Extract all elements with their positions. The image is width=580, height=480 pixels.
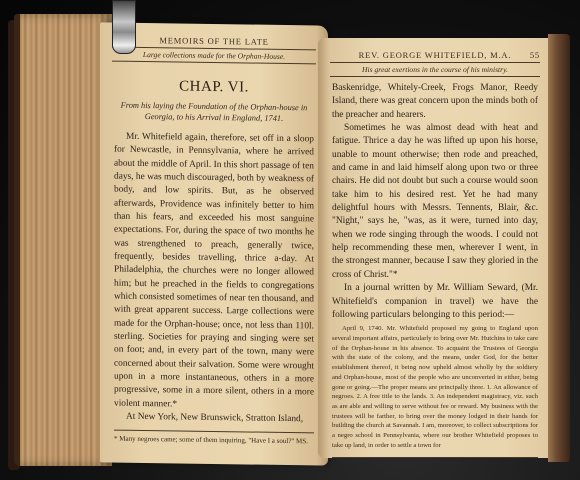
silver-bookmark-clip bbox=[112, 0, 136, 54]
left-paragraph-1: Mr. Whitefield again, therefore, set off… bbox=[114, 130, 314, 413]
chapter-subtitle: From his laying the Foundation of the Or… bbox=[114, 101, 314, 126]
right-page: REV. GEORGE WHITEFIELD, M.A. 55 His grea… bbox=[318, 38, 552, 458]
right-paragraph-1: Baskenridge, Whitely-Creek, Frogs Manor,… bbox=[332, 82, 538, 122]
journal-extract-block: April 9, 1740. Mr. Whitefield proposed m… bbox=[332, 324, 538, 450]
left-footnote-rule bbox=[114, 430, 314, 434]
left-footnote: * Many negroes came; some of them inquir… bbox=[114, 435, 314, 447]
right-footnote-rule bbox=[332, 457, 538, 458]
right-paragraph-2: Sometimes he was almost dead with heat a… bbox=[332, 122, 538, 282]
right-paragraph-3: In a journal written by Mr. William Sewa… bbox=[332, 282, 538, 322]
journal-extract: April 9, 1740. Mr. Whitefield proposed m… bbox=[332, 324, 538, 450]
right-body-text: Baskenridge, Whitely-Creek, Frogs Manor,… bbox=[332, 82, 538, 322]
left-running-title: MEMOIRS OF THE LATE bbox=[159, 35, 268, 47]
right-page-number: 55 bbox=[530, 50, 540, 60]
right-running-head: REV. GEORGE WHITEFIELD, M.A. 55 bbox=[318, 50, 552, 62]
right-running-title: REV. GEORGE WHITEFIELD, M.A. bbox=[359, 50, 512, 60]
book-cover-right bbox=[548, 34, 570, 462]
left-paragraph-2: At New York, New Brunswick, Stratton Isl… bbox=[114, 411, 314, 427]
left-page: 54 MEMOIRS OF THE LATE Large collections… bbox=[100, 22, 328, 465]
page-block-fore-edge bbox=[14, 14, 112, 466]
chapter-title: CHAP. VI. bbox=[100, 77, 328, 97]
left-subhead: Large collections made for the Orphan-Ho… bbox=[112, 47, 316, 65]
right-subhead: His great exertions in the course of his… bbox=[330, 62, 540, 77]
book-photo: 54 MEMOIRS OF THE LATE Large collections… bbox=[0, 0, 580, 480]
left-body-text: Mr. Whitefield again, therefore, set off… bbox=[114, 130, 314, 426]
